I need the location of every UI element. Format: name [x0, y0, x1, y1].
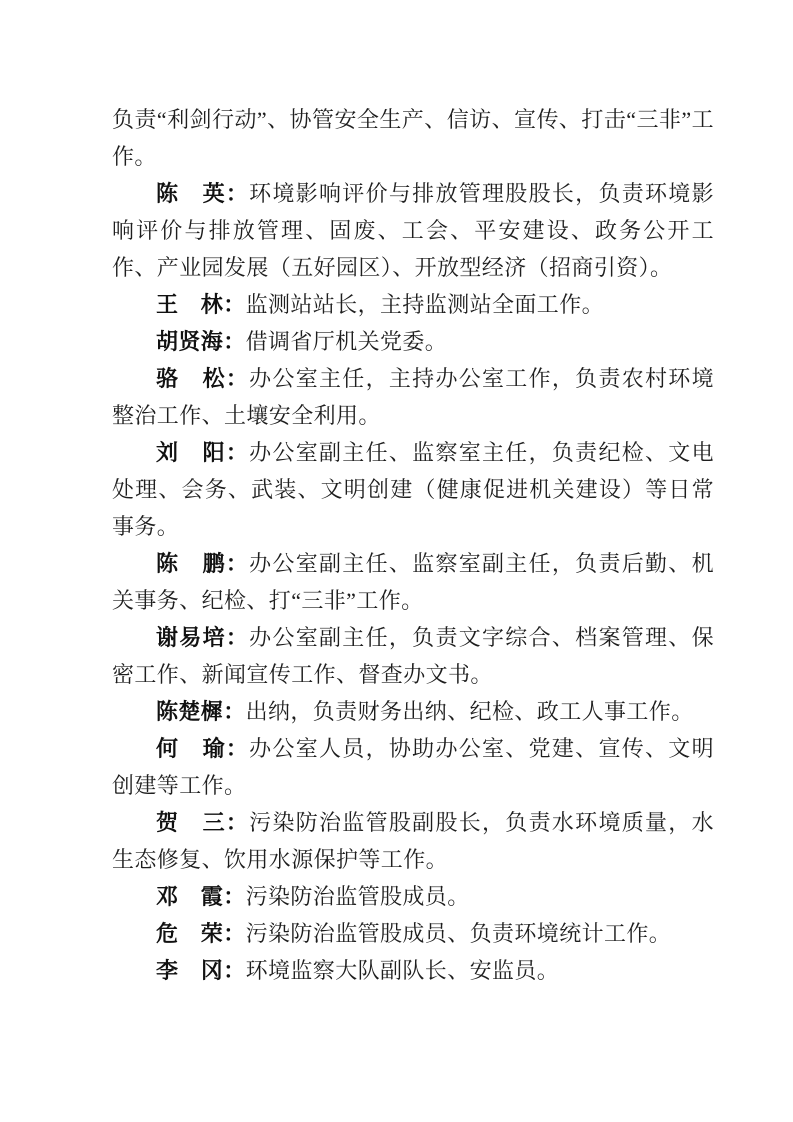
text-block: 负责“利剑行动”、协管安全生产、信访、宣传、打击“三非”工作。 陈 英：环境影响… — [112, 101, 714, 989]
staff-desc: 环境监察大队副队长、安监员。 — [246, 958, 560, 983]
staff-name: 谢易培： — [156, 625, 249, 650]
staff-name: 刘 阳： — [156, 440, 249, 465]
staff-desc: 污染防治监管股成员。 — [246, 884, 470, 909]
staff-entry: 陈 鹏：办公室副主任、监察室副主任，负责后勤、机关事务、纪检、打“三非”工作。 — [112, 545, 714, 619]
staff-name: 邓 霞： — [156, 884, 246, 909]
staff-name: 骆 松： — [156, 366, 249, 391]
staff-name: 陈 英： — [156, 181, 249, 206]
staff-name: 王 林： — [156, 292, 246, 317]
document-page: 负责“利剑行动”、协管安全生产、信访、宣传、打击“三非”工作。 陈 英：环境影响… — [0, 0, 793, 1122]
staff-entry: 刘 阳：办公室副主任、监察室主任，负责纪检、文电处理、会务、武装、文明创建（健康… — [112, 434, 714, 545]
staff-name: 危 荣： — [156, 921, 246, 946]
staff-entry: 谢易培：办公室副主任，负责文字综合、档案管理、保密工作、新闻宣传工作、督查办文书… — [112, 619, 714, 693]
staff-name: 陈 鹏： — [156, 551, 249, 576]
staff-name: 何 瑜： — [156, 736, 249, 761]
staff-desc: 监测站站长，主持监测站全面工作。 — [246, 292, 604, 317]
staff-desc: 借调省厅机关党委。 — [246, 329, 448, 354]
staff-entry: 危 荣：污染防治监管股成员、负责环境统计工作。 — [112, 915, 714, 952]
staff-name: 胡贤海： — [156, 329, 246, 354]
staff-desc: 污染防治监管股成员、负责环境统计工作。 — [246, 921, 672, 946]
staff-name: 贺 三： — [156, 810, 249, 835]
staff-entry: 李 冈：环境监察大队副队长、安监员。 — [112, 952, 714, 989]
staff-entry: 骆 松：办公室主任，主持办公室工作，负责农村环境整治工作、土壤安全利用。 — [112, 360, 714, 434]
staff-entry: 王 林：监测站站长，主持监测站全面工作。 — [112, 286, 714, 323]
staff-entry: 陈 英：环境影响评价与排放管理股股长，负责环境影响评价与排放管理、固废、工会、平… — [112, 175, 714, 286]
staff-entry: 邓 霞：污染防治监管股成员。 — [112, 878, 714, 915]
staff-desc: 出纳，负责财务出纳、纪检、政工人事工作。 — [246, 699, 694, 724]
staff-entry: 贺 三：污染防治监管股副股长，负责水环境质量，水生态修复、饮用水源保护等工作。 — [112, 804, 714, 878]
staff-name: 陈楚樨： — [156, 699, 246, 724]
staff-entry: 陈楚樨：出纳，负责财务出纳、纪检、政工人事工作。 — [112, 693, 714, 730]
staff-entry: 何 瑜：办公室人员，协助办公室、党建、宣传、文明创建等工作。 — [112, 730, 714, 804]
staff-entry: 胡贤海：借调省厅机关党委。 — [112, 323, 714, 360]
staff-name: 李 冈： — [156, 958, 246, 983]
paragraph-continuation: 负责“利剑行动”、协管安全生产、信访、宣传、打击“三非”工作。 — [112, 101, 714, 175]
